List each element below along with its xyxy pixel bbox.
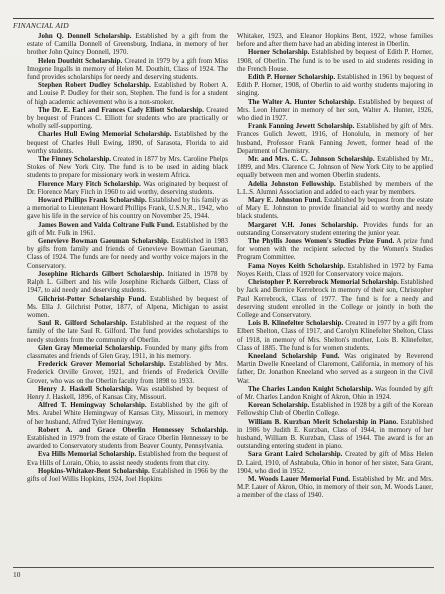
scholarship-title: Henry J. Haskell Scholarship. [38, 386, 133, 393]
scholarship-title: Alfred T. Hemingway Scholarship. [38, 402, 147, 409]
scholarship-entry: Horner Scholarship. Established by beque… [237, 49, 433, 74]
scholarship-entry: Stephen Robert Dudley Scholarship. Estab… [27, 82, 228, 107]
scholarship-title: Kneeland Scholarship Fund. [248, 353, 340, 360]
scholarship-entry: Hopkins-Whitaker-Bent Scholarship. Estab… [27, 468, 228, 484]
scholarship-entry: James Bowen and Valda Coltrane Fulk Fund… [27, 222, 228, 238]
scholarship-title: The Charles Landon Knight Scholarship. [248, 386, 373, 393]
scholarship-title: Eva Hills Memorial Scholarship. [38, 451, 136, 458]
scholarship-entry: Howard Phillips Frank Scholarship. Estab… [27, 197, 228, 222]
scholarship-title: Sara Grant Laird Scholarship. [248, 451, 342, 458]
scholarship-entry: Florence Mary Fitch Scholarship. Was ori… [27, 181, 228, 197]
scholarship-entry: Lois B. Klinefelter Scholarship. Created… [237, 320, 433, 353]
scholarship-title: Lois B. Klinefelter Scholarship. [248, 320, 343, 327]
scholarship-entry: Robert A. and Grace Oberlin Hennessey Sc… [27, 427, 228, 452]
page-number: 10 [13, 570, 20, 579]
scholarship-title: Stephen Robert Dudley Scholarship. [38, 82, 151, 89]
scholarship-title: Frederick Grover Memorial Scholarship. [38, 361, 166, 368]
right-column: Whitaker, 1923, and Eleanor Hopkins Bent… [237, 33, 433, 501]
scholarship-entry: Edith P. Horner Scholarship. Established… [237, 74, 433, 99]
scholarship-entry: Alfred T. Hemingway Scholarship. Establi… [27, 402, 228, 427]
scholarship-entry: Christopher P. Kerrebrock Memorial Schol… [237, 279, 433, 320]
scholarship-entry: Korean Scholarship. Established in 1928 … [237, 402, 433, 418]
scholarship-entry: Josephine Richards Gilbert Scholarship. … [27, 271, 228, 296]
scholarship-title: Gilchrist-Potter Scholarship Fund. [38, 296, 146, 303]
scholarship-title: Edith P. Horner Scholarship. [248, 74, 335, 81]
scholarship-entry: Kneeland Scholarship Fund. Was originate… [237, 353, 433, 386]
scholarship-title: The Finney Scholarship. [38, 156, 111, 163]
scholarship-title: Christopher P. Kerrebrock Memorial Schol… [248, 279, 399, 286]
footer-rule [13, 567, 434, 568]
scholarship-title: Margaret V.H. Jones Scholarship. [248, 222, 358, 229]
scholarship-entry: Henry J. Haskell Scholarship. Was establ… [27, 386, 228, 402]
scholarship-entry: The Charles Landon Knight Scholarship. W… [237, 386, 433, 402]
scholarship-title: Saul R. Gilford Scholarship. [38, 320, 127, 327]
scholarship-entry: Margaret V.H. Jones Scholarship. Provide… [237, 222, 433, 238]
scholarship-entry: Frank Fanning Jewett Scholarship. Establ… [237, 123, 433, 156]
scholarship-title: Mary E. Johnston Fund. [248, 197, 322, 204]
left-column: John Q. Donnell Scholarship. Established… [27, 33, 228, 501]
scholarship-title: Robert A. and Grace Oberlin Hennessey Sc… [38, 427, 228, 434]
scholarship-title: Florence Mary Fitch Scholarship. [38, 181, 141, 188]
scholarship-entry: Helen Douthitt Scholarship. Created in 1… [27, 58, 228, 83]
scholarship-entry: Saul R. Gilford Scholarship. Established… [27, 320, 228, 345]
scholarship-entry: William B. Kurzban Merit Scholarship in … [237, 419, 433, 452]
scholarship-title: Glen Gray Memorial Scholarship. [38, 345, 142, 352]
scholarship-entry: Genevieve Bowman Gaeuman Scholarship. Es… [27, 238, 228, 271]
scholarship-title: The Phyllis Jones Women's Studies Prize … [248, 238, 394, 245]
scholarship-title: Horner Scholarship. [248, 49, 309, 56]
scholarship-title: James Bowen and Valda Coltrane Fulk Fund… [38, 222, 175, 229]
scholarship-title: Korean Scholarship. [248, 402, 309, 409]
catalog-page: FINANCIAL AID John Q. Donnell Scholarshi… [0, 0, 445, 594]
scholarship-title: M. Woods Lauer Memorial Fund. [248, 476, 350, 483]
scholarship-title: Charles Hull Ewing Memorial Scholarship. [38, 131, 172, 138]
scholarship-title: Helen Douthitt Scholarship. [38, 58, 122, 65]
two-column-text: John Q. Donnell Scholarship. Established… [27, 33, 433, 501]
scholarship-entry: Fama Noyes Keith Scholarship. Establishe… [237, 263, 433, 279]
scholarship-entry: Adelia Johnston Fellowship. Established … [237, 181, 433, 197]
scholarship-title: William B. Kurzban Merit Scholarship in … [248, 419, 398, 426]
scholarship-entry: Eva Hills Memorial Scholarship. Establis… [27, 451, 228, 467]
scholarship-title: Adelia Johnston Fellowship. [248, 181, 336, 188]
scholarship-entry: The Dr. E. Earl and Frances Cady Elliott… [27, 107, 228, 132]
scholarship-title: Howard Phillips Frank Scholarship. [38, 197, 147, 204]
scholarship-entry: Sara Grant Laird Scholarship. Created by… [237, 451, 433, 476]
scholarship-title: Mr. and Mrs. C. C. Johnson Scholarship. [248, 156, 375, 163]
scholarship-entry: John Q. Donnell Scholarship. Established… [27, 33, 228, 58]
scholarship-entry: Whitaker, 1923, and Eleanor Hopkins Bent… [237, 33, 433, 49]
scholarship-title: Hopkins-Whitaker-Bent Scholarship. [38, 468, 150, 475]
scholarship-title: The Dr. E. Earl and Frances Cady Elliott… [38, 107, 204, 114]
scholarship-title: Fama Noyes Keith Scholarship. [248, 263, 345, 270]
scholarship-entry: The Finney Scholarship. Created in 1877 … [27, 156, 228, 181]
scholarship-title: Josephine Richards Gilbert Scholarship. [38, 271, 164, 278]
scholarship-title: Genevieve Bowman Gaeuman Scholarship. [38, 238, 169, 245]
scholarship-title: The Walter A. Hunter Scholarship. [248, 99, 356, 106]
scholarship-entry: Frederick Grover Memorial Scholarship. E… [27, 361, 228, 386]
scholarship-entry: The Walter A. Hunter Scholarship. Establ… [237, 99, 433, 124]
scholarship-entry: Charles Hull Ewing Memorial Scholarship.… [27, 131, 228, 156]
running-header: FINANCIAL AID [13, 21, 69, 30]
scholarship-title: John Q. Donnell Scholarship. [38, 33, 132, 40]
scholarship-entry: Mary E. Johnston Fund. Established by be… [237, 197, 433, 222]
scholarship-entry: Mr. and Mrs. C. C. Johnson Scholarship. … [237, 156, 433, 181]
header-rule [13, 18, 434, 19]
scholarship-entry: M. Woods Lauer Memorial Fund. Establishe… [237, 476, 433, 501]
scholarship-entry: The Phyllis Jones Women's Studies Prize … [237, 238, 433, 263]
scholarship-entry: Glen Gray Memorial Scholarship. Founded … [27, 345, 228, 361]
scholarship-entry: Gilchrist-Potter Scholarship Fund. Estab… [27, 296, 228, 321]
scholarship-title: Frank Fanning Jewett Scholarship. [248, 123, 354, 130]
